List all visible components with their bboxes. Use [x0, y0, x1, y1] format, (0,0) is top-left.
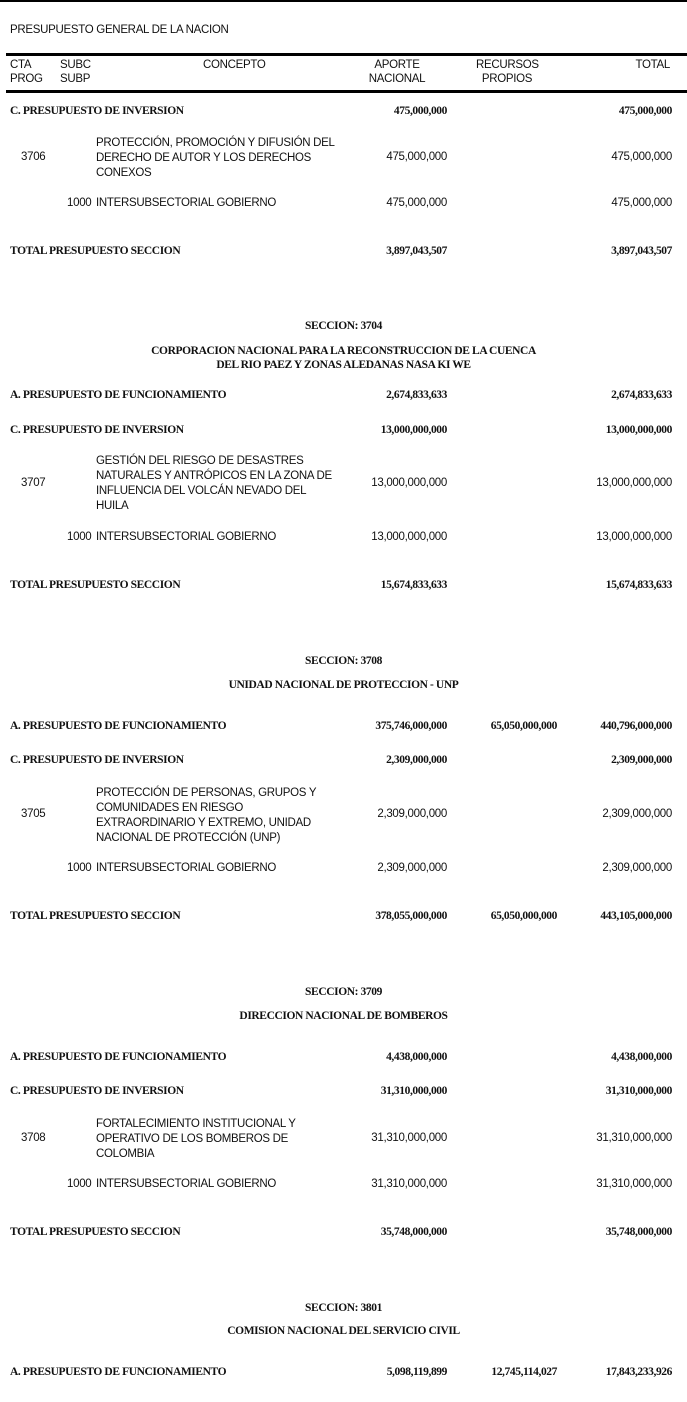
- cell-aporte: 3,897,043,507: [386, 245, 447, 257]
- cell-total: 3,897,043,507: [611, 245, 672, 257]
- program-code: 3705: [21, 808, 45, 820]
- cell-aporte: 2,309,000,000: [377, 808, 447, 820]
- total-label: TOTAL PRESUPUESTO SECCION: [10, 245, 180, 257]
- top-border: [0, 0, 687, 2]
- program-concept: PROTECCIÓN DE PERSONAS, GRUPOS Y COMUNID…: [96, 786, 321, 846]
- program-code: 3708: [21, 1132, 45, 1144]
- section-heading: SECCION: 3708: [0, 653, 687, 669]
- cell-propios: 65,050,000,000: [491, 720, 557, 732]
- program-concept: FORTALECIMIENTO INSTITUCIONAL Y OPERATIV…: [96, 1117, 331, 1162]
- row-label: A. PRESUPUESTO DE FUNCIONAMIENTO: [10, 389, 226, 401]
- section-name-line-2: DEL RIO PAEZ Y ZONAS ALEDANAS NASA KI WE: [0, 357, 687, 373]
- cell-aporte: 2,309,000,000: [377, 862, 447, 874]
- cell-aporte: 475,000,000: [386, 151, 447, 163]
- row-label: A. PRESUPUESTO DE FUNCIONAMIENTO: [10, 720, 226, 732]
- program-concept: GESTIÓN DEL RIESGO DE DESASTRES NATURALE…: [96, 454, 341, 514]
- cell-aporte: 31,310,000,000: [381, 1085, 447, 1097]
- col-concepto: CONCEPTO: [203, 58, 266, 72]
- cell-total: 2,309,000,000: [602, 862, 672, 874]
- cell-aporte: 13,000,000,000: [371, 477, 447, 489]
- program-concept: PROTECCIÓN, PROMOCIÓN Y DIFUSIÓN DEL DER…: [96, 136, 346, 181]
- cell-total: 475,000,000: [611, 197, 672, 209]
- total-label: TOTAL PRESUPUESTO SECCION: [10, 1226, 180, 1238]
- section-heading: SECCION: 3709: [0, 984, 687, 1000]
- col-total: TOTAL: [636, 58, 671, 72]
- col-aporte-nacional: APORTE NACIONAL: [366, 58, 428, 86]
- header-top-rule: [6, 53, 687, 56]
- row-label: C. PRESUPUESTO DE INVERSION: [10, 424, 184, 436]
- section-name-line-1: COMISION NACIONAL DEL SERVICIO CIVIL: [0, 1323, 687, 1339]
- col-cta-prog: CTA PROG: [10, 58, 43, 86]
- section-heading: SECCION: 3704: [0, 318, 687, 334]
- cell-total: 475,000,000: [611, 151, 672, 163]
- subprogram-code: 1000: [67, 531, 91, 543]
- cell-aporte: 31,310,000,000: [371, 1132, 447, 1144]
- cell-total: 31,310,000,000: [596, 1132, 672, 1144]
- cell-total: 2,309,000,000: [602, 808, 672, 820]
- cell-aporte: 375,746,000,000: [375, 720, 447, 732]
- cell-total: 475,000,000: [619, 105, 672, 117]
- total-label: TOTAL PRESUPUESTO SECCION: [10, 910, 180, 922]
- row-label: A. PRESUPUESTO DE FUNCIONAMIENTO: [10, 1366, 226, 1378]
- cell-propios: 12,745,114,027: [491, 1366, 557, 1378]
- cell-aporte: 2,674,833,633: [386, 389, 447, 401]
- subprogram-code: 1000: [67, 1178, 91, 1190]
- cell-total: 13,000,000,000: [596, 531, 672, 543]
- section-name-line-1: UNIDAD NACIONAL DE PROTECCION - UNP: [0, 677, 687, 693]
- cell-propios: 65,050,000,000: [491, 910, 557, 922]
- cell-total: 443,105,000,000: [600, 910, 672, 922]
- row-label: C. PRESUPUESTO DE INVERSION: [10, 105, 184, 117]
- cell-total: 31,310,000,000: [596, 1178, 672, 1190]
- cell-aporte: 13,000,000,000: [371, 531, 447, 543]
- cell-aporte: 31,310,000,000: [371, 1178, 447, 1190]
- cell-aporte: 5,098,119,899: [387, 1366, 447, 1378]
- cell-aporte: 2,309,000,000: [386, 754, 447, 766]
- row-label: C. PRESUPUESTO DE INVERSION: [10, 754, 184, 766]
- total-label: TOTAL PRESUPUESTO SECCION: [10, 579, 180, 591]
- cell-total: 2,309,000,000: [611, 754, 672, 766]
- cell-aporte: 15,674,833,633: [381, 579, 447, 591]
- section-heading: SECCION: 3801: [0, 1300, 687, 1316]
- cell-aporte: 35,748,000,000: [381, 1226, 447, 1238]
- cell-total: 440,796,000,000: [600, 720, 672, 732]
- cell-aporte: 4,438,000,000: [386, 1051, 447, 1063]
- cell-aporte: 378,055,000,000: [375, 910, 447, 922]
- row-label: A. PRESUPUESTO DE FUNCIONAMIENTO: [10, 1051, 226, 1063]
- cell-total: 35,748,000,000: [606, 1226, 672, 1238]
- col-subc-subp: SUBC SUBP: [60, 58, 91, 86]
- subprogram-concept: INTERSUBSECTORIAL GOBIERNO: [96, 531, 276, 543]
- cell-aporte: 13,000,000,000: [381, 424, 447, 436]
- col-recursos-propios: RECURSOS PROPIOS: [476, 58, 538, 86]
- document-title: PRESUPUESTO GENERAL DE LA NACION: [10, 24, 229, 36]
- cell-total: 13,000,000,000: [596, 477, 672, 489]
- cell-total: 31,310,000,000: [606, 1085, 672, 1097]
- subprogram-concept: INTERSUBSECTORIAL GOBIERNO: [96, 197, 276, 209]
- cell-aporte: 475,000,000: [386, 197, 447, 209]
- cell-total: 17,843,233,926: [606, 1366, 672, 1378]
- cell-total: 15,674,833,633: [606, 579, 672, 591]
- section-name-line-1: DIRECCION NACIONAL DE BOMBEROS: [0, 1008, 687, 1024]
- cell-aporte: 475,000,000: [394, 105, 447, 117]
- cell-total: 4,438,000,000: [611, 1051, 672, 1063]
- cell-total: 13,000,000,000: [606, 424, 672, 436]
- cell-total: 2,674,833,633: [611, 389, 672, 401]
- subprogram-code: 1000: [67, 197, 91, 209]
- header-bottom-rule: [6, 90, 687, 93]
- subprogram-code: 1000: [67, 862, 91, 874]
- subprogram-concept: INTERSUBSECTORIAL GOBIERNO: [96, 1178, 276, 1190]
- row-label: C. PRESUPUESTO DE INVERSION: [10, 1085, 184, 1097]
- subprogram-concept: INTERSUBSECTORIAL GOBIERNO: [96, 862, 276, 874]
- program-code: 3707: [21, 477, 45, 489]
- program-code: 3706: [21, 151, 45, 163]
